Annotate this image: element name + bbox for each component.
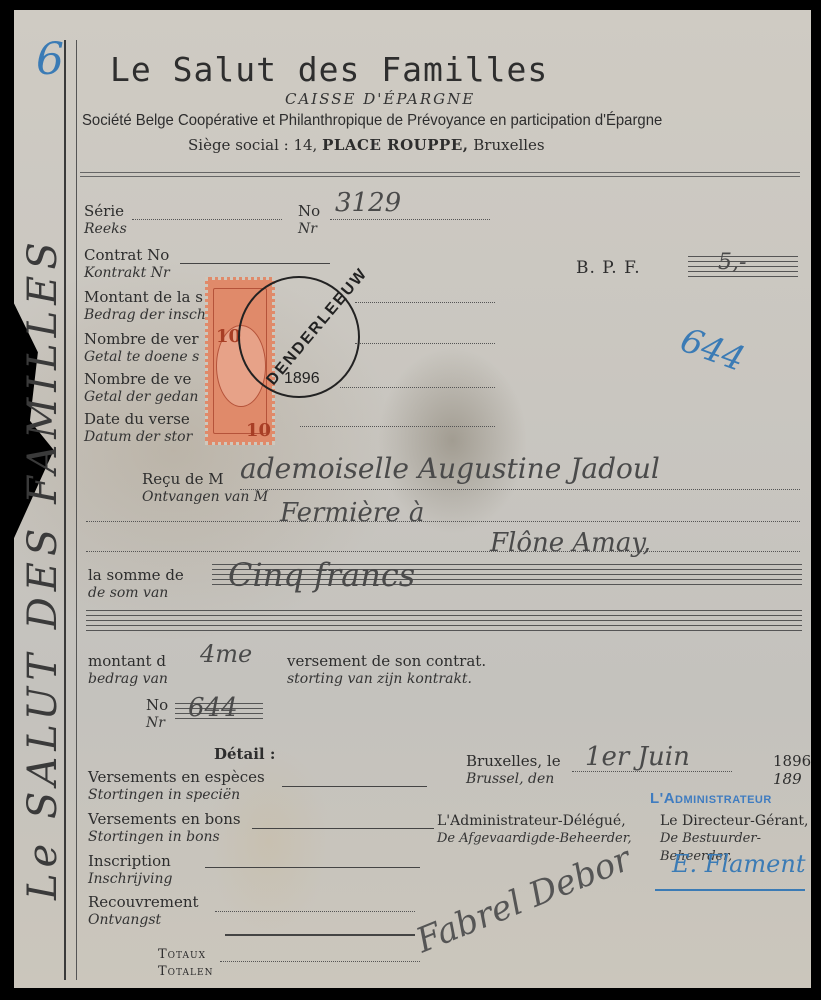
detail-row-especes: Versements en espècesStortingen in speci… xyxy=(88,768,265,804)
nombre1-line xyxy=(355,342,495,344)
no-label: NoNr xyxy=(298,202,320,238)
detail-total-rule xyxy=(225,933,415,936)
somme-ruled-2 xyxy=(86,610,802,632)
address-line: Siège social : 14, PLACE ROUPPE, Bruxell… xyxy=(188,136,545,154)
montant-line xyxy=(355,301,495,303)
recu-line-3: Flône Amay, xyxy=(490,528,651,558)
detail-row-bons: Versements en bonsStortingen in bons xyxy=(88,810,241,846)
versement-label: versement de son contrat.storting van zi… xyxy=(287,652,486,688)
totaux-line xyxy=(220,960,420,962)
document-subtitle: CAISSE D'ÉPARGNE xyxy=(285,90,475,108)
postmark: DENDERLEEUW 1896 xyxy=(238,276,360,398)
signature-director: E. Flament xyxy=(672,850,805,878)
date-value: 1er Juin xyxy=(585,742,690,772)
somme-label: la somme dede som van xyxy=(88,566,184,602)
recu-line-2: Fermière à xyxy=(280,498,424,528)
document-title: Le Salut des Familles xyxy=(110,50,548,89)
montant-d-value: 4me xyxy=(200,640,252,668)
year-nl: 189 xyxy=(773,770,802,788)
detail-row-recouvrement: RecouvrementOntvangst xyxy=(88,893,199,929)
corner-blue-mark: 6 xyxy=(36,34,64,85)
date-label: Date du verseDatum der stor xyxy=(84,410,192,446)
receipt-no-label: NoNr xyxy=(146,696,168,732)
contrat-label: Contrat NoKontrakt Nr xyxy=(84,246,170,282)
header-divider xyxy=(80,172,800,177)
montant-label: Montant de la sBedrag der insch xyxy=(84,288,206,324)
no-line xyxy=(330,218,490,220)
nombre1-label: Nombre de verGetal te doene s xyxy=(84,330,199,366)
recu-line-2-rule xyxy=(86,520,800,522)
vertical-side-title: Le SALUT DES FAMILLES xyxy=(20,40,66,900)
recu-name: ademoiselle Augustine Jadoul xyxy=(240,452,660,485)
admin-delegue-label: L'Administrateur-Délégué,De Afgevaardigd… xyxy=(437,812,632,848)
serie-line xyxy=(132,218,282,220)
bpf-value: 5,- xyxy=(718,250,746,275)
nombre2-line xyxy=(340,386,495,388)
margin-rule-inner xyxy=(76,40,78,980)
detail-line-inscription xyxy=(205,866,420,868)
year-fr: 1896 xyxy=(773,752,811,770)
detail-heading: Détail : xyxy=(214,745,275,763)
detail-line-bons xyxy=(252,827,434,829)
nombre2-label: Nombre de veGetal der gedan xyxy=(84,370,198,406)
totaux-label: TotauxTotalen xyxy=(158,946,213,980)
signature-director-underline xyxy=(655,888,805,891)
montant-d-label: montant dbedrag van xyxy=(88,652,168,688)
no-value: 3129 xyxy=(335,188,401,218)
detail-row-inscription: InscriptionInschrijving xyxy=(88,852,172,888)
recu-line-3-rule xyxy=(86,550,800,552)
administrator-stamp: L'Administrateur xyxy=(650,790,772,807)
society-line: Société Belge Coopérative et Philanthrop… xyxy=(82,112,662,130)
serie-label: SérieReeks xyxy=(84,202,127,238)
city-label: Bruxelles, leBrussel, den xyxy=(466,752,561,788)
date-line xyxy=(300,425,495,427)
detail-line-recouvrement xyxy=(215,910,415,912)
somme-value: Cinq francs xyxy=(228,556,415,594)
recu-line-1 xyxy=(240,488,800,490)
bpf-label: B. P. F. xyxy=(576,258,641,278)
receipt-no-value: 644 xyxy=(188,693,238,723)
contrat-line xyxy=(180,262,330,264)
detail-line-especes xyxy=(282,785,427,787)
